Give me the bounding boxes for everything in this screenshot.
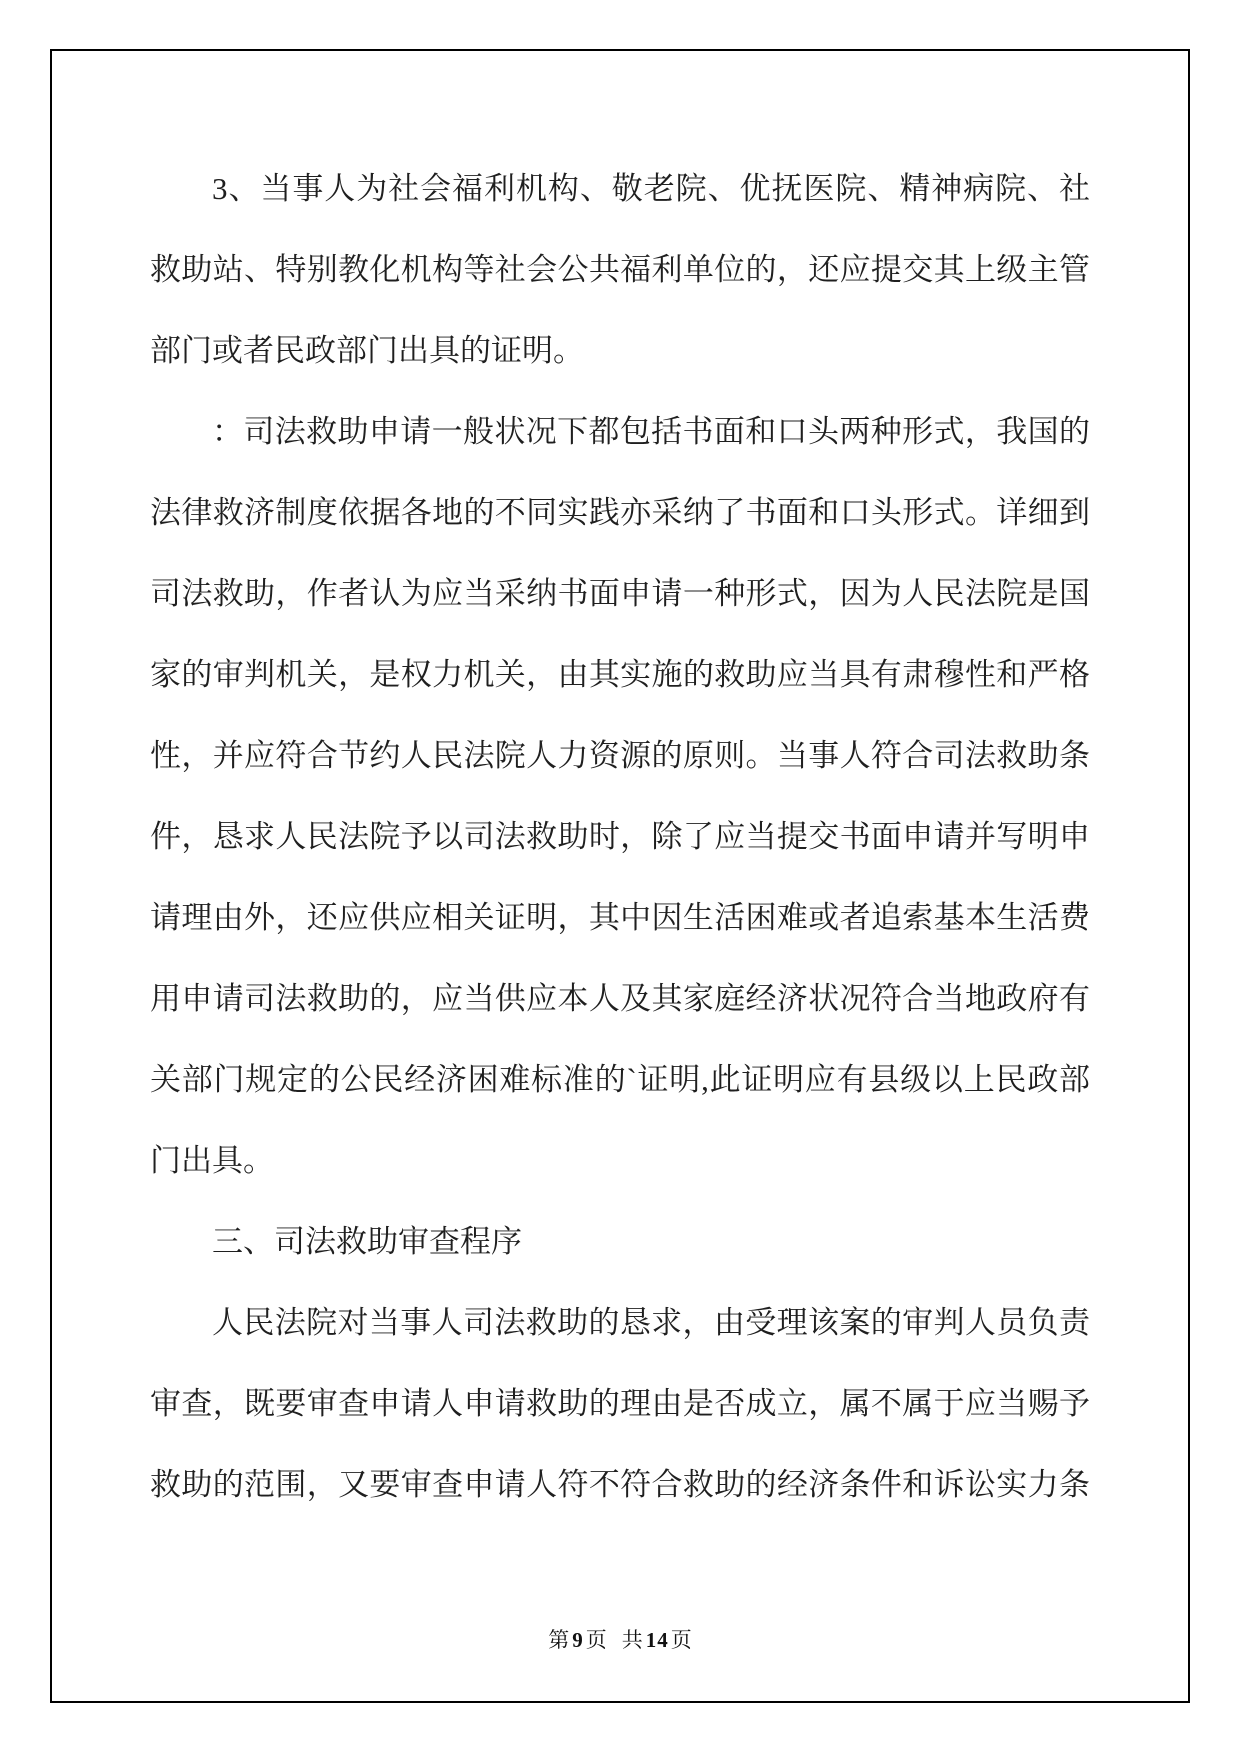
page-number-current-suffix: 页 [586, 1628, 608, 1652]
page-number-total: 14 [644, 1628, 671, 1652]
text-line: 三、司法救助审查程序 [150, 1201, 1090, 1282]
text-line: 救助站、特别教化机构等社会公共福利单位的，还应提交其上级主管 [150, 229, 1090, 310]
document-text: 3、当事人为社会福利机构、敬老院、优抚医院、精神病院、社会救助站、特别教化机构等… [150, 148, 1090, 1525]
page-footer: 第9页共14页 [0, 1624, 1241, 1654]
document-page: 3、当事人为社会福利机构、敬老院、优抚医院、精神病院、社会救助站、特别教化机构等… [0, 0, 1241, 1754]
page-number-current: 9 [570, 1628, 586, 1652]
text-line: 人民法院对当事人司法救助的恳求，由受理该案的审判人员负责 [150, 1282, 1090, 1363]
text-line: 司法救助，作者认为应当采纳书面申请一种形式，因为人民法院是国 [150, 553, 1090, 634]
text-line: 审查，既要审查申请人申请救助的理由是否成立，属不属于应当赐予 [150, 1363, 1090, 1444]
text-line: 法律救济制度依据各地的不同实践亦采纳了书面和口头形式。详细到 [150, 472, 1090, 553]
text-line: 部门或者民政部门出具的证明。 [150, 310, 1090, 391]
text-line: 件，恳求人民法院予以司法救助时，除了应当提交书面申请并写明申 [150, 796, 1090, 877]
page-number-current-prefix: 第 [548, 1628, 570, 1652]
text-line: 用申请司法救助的，应当供应本人及其家庭经济状况符合当地政府有 [150, 958, 1090, 1039]
page-number-total-suffix: 页 [671, 1628, 693, 1652]
text-line: 3、当事人为社会福利机构、敬老院、优抚医院、精神病院、社会 [150, 148, 1090, 229]
text-line: 关部门规定的公民经济困难标准的`证明,此证明应有县级以上民政部 [150, 1039, 1090, 1120]
text-line: 性，并应符合节约人民法院人力资源的原则。当事人符合司法救助条 [150, 715, 1090, 796]
page-number-total-prefix: 共 [622, 1628, 644, 1652]
text-line: 请理由外，还应供应相关证明，其中因生活困难或者追索基本生活费 [150, 877, 1090, 958]
text-line: 门出具。 [150, 1120, 1090, 1201]
text-line: 救助的范围，又要审查申请人符不符合救助的经济条件和诉讼实力条 [150, 1444, 1090, 1525]
text-line: 家的审判机关，是权力机关，由其实施的救助应当具有肃穆性和严格 [150, 634, 1090, 715]
text-line: ：司法救助申请一般状况下都包括书面和口头两种形式，我国的 [150, 391, 1090, 472]
